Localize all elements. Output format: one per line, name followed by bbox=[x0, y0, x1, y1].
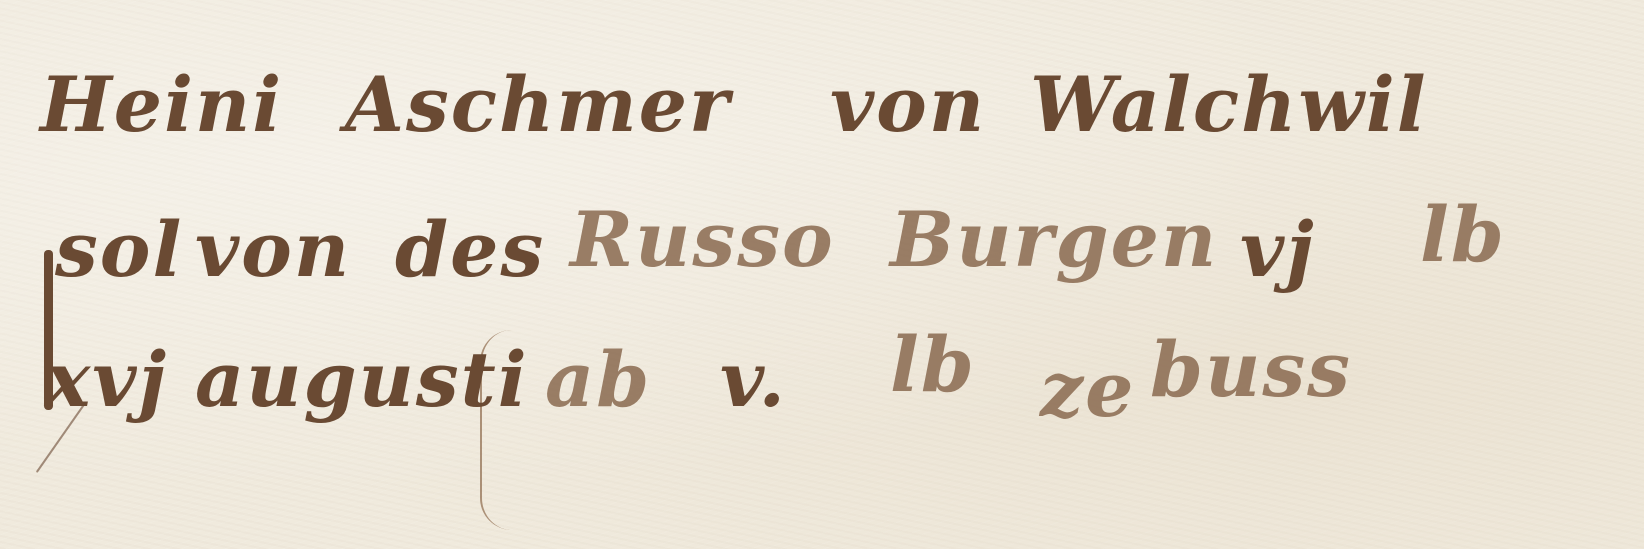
word-ab: ab bbox=[545, 335, 651, 424]
word-lb: lb bbox=[890, 320, 976, 409]
word-von: von bbox=[830, 60, 986, 149]
word-buss: buss bbox=[1150, 325, 1352, 414]
word-burgen: Burgen bbox=[890, 195, 1218, 284]
manuscript-line-2: sol von des Russo Burgen vj lb bbox=[0, 175, 1644, 315]
word-v: v. bbox=[720, 335, 787, 424]
word-ze: ze bbox=[1040, 345, 1136, 434]
word-lb: lb bbox=[1420, 190, 1506, 279]
manuscript-line-3: xvj augusti ab v. lb ze buss bbox=[0, 305, 1644, 505]
word-vj: vj bbox=[1240, 205, 1316, 294]
manuscript-line-1: Heini Aschmer von Walchwil bbox=[0, 40, 1644, 180]
word-walchwil: Walchwil bbox=[1030, 60, 1428, 149]
word-heini: Heini bbox=[40, 60, 283, 149]
word-aschmer: Aschmer bbox=[345, 60, 731, 149]
word-sol: sol bbox=[55, 205, 183, 294]
word-russo: Russo bbox=[570, 195, 835, 284]
word-xvj: xvj bbox=[45, 335, 168, 424]
word-augusti: augusti bbox=[195, 335, 529, 424]
word-von: von bbox=[195, 205, 351, 294]
word-des: des bbox=[395, 205, 545, 294]
